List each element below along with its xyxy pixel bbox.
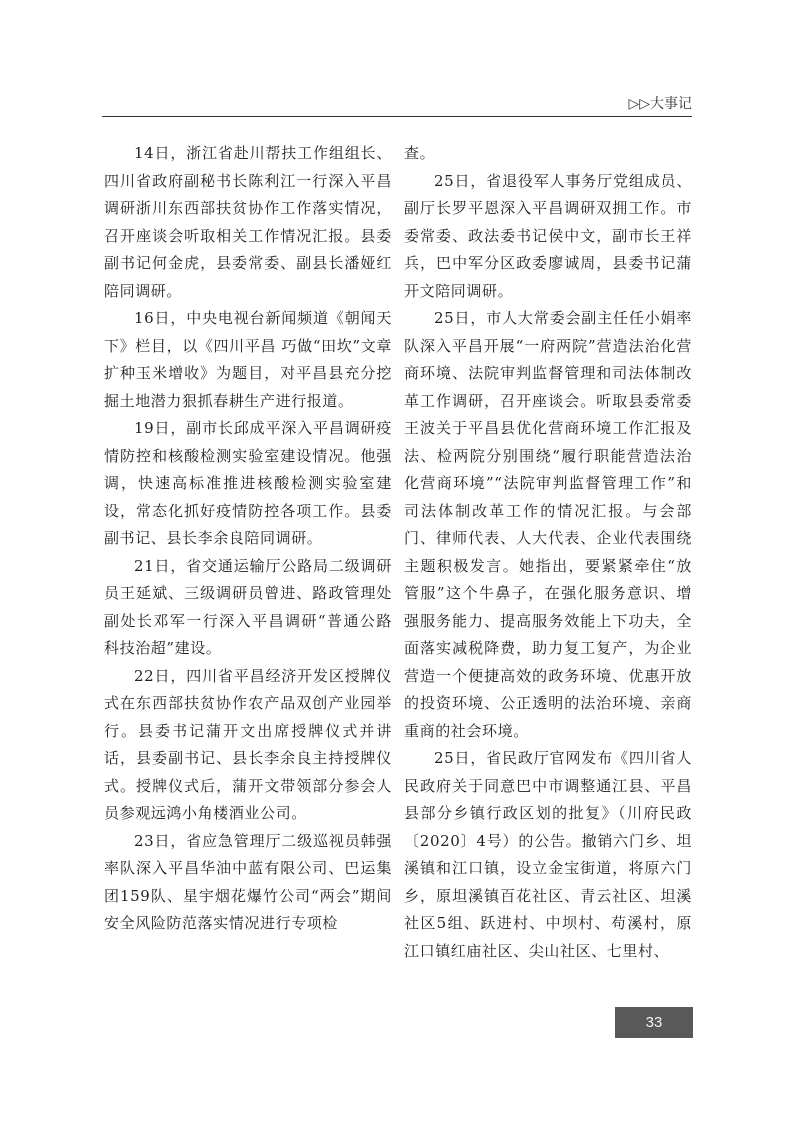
- entry-paragraph: 25日，市人大常委会副主任任小娟率队深入平昌开展“一府两院”营造法治化营商环境、…: [404, 305, 692, 745]
- entry-paragraph: 16日，中央电视台新闻频道《朝闻天下》栏目，以《四川平昌 巧做“田坎”文章 扩种…: [104, 305, 392, 415]
- entry-paragraph: 21日，省交通运输厅公路局二级调研员王延斌、三级调研员曾进、路政管理处副处长邓军…: [104, 553, 392, 663]
- right-column: 查。 25日，省退役军人事务厅党组成员、副厅长罗平恩深入平昌调研双拥工作。市委常…: [404, 140, 692, 965]
- entry-paragraph: 14日，浙江省赴川帮扶工作组组长、四川省政府副秘书长陈利江一行深入平昌调研浙川东…: [104, 140, 392, 305]
- running-header: ▷▷大事记: [102, 92, 692, 117]
- section-title: ▷▷大事记: [628, 93, 692, 113]
- entry-paragraph: 25日，省退役军人事务厅党组成员、副厅长罗平恩深入平昌调研双拥工作。市委常委、政…: [404, 168, 692, 306]
- entry-paragraph: 22日，四川省平昌经济开发区授牌仪式在东西部扶贫协作农产品双创产业园举行。县委书…: [104, 663, 392, 828]
- left-column: 14日，浙江省赴川帮扶工作组组长、四川省政府副秘书长陈利江一行深入平昌调研浙川东…: [104, 140, 392, 938]
- entry-paragraph: 23日，省应急管理厅二级巡视员韩强率队深入平昌华油中蓝有限公司、巴运集团159队…: [104, 828, 392, 938]
- continuation-text: 查。: [404, 140, 692, 168]
- entry-paragraph: 19日，副市长邱成平深入平昌调研疫情防控和核酸检测实验室建设情况。他强调，快速高…: [104, 415, 392, 553]
- entry-paragraph: 25日，省民政厅官网发布《四川省人民政府关于同意巴中市调整通江县、平昌县部分乡镇…: [404, 745, 692, 965]
- page-number: 33: [615, 1007, 693, 1038]
